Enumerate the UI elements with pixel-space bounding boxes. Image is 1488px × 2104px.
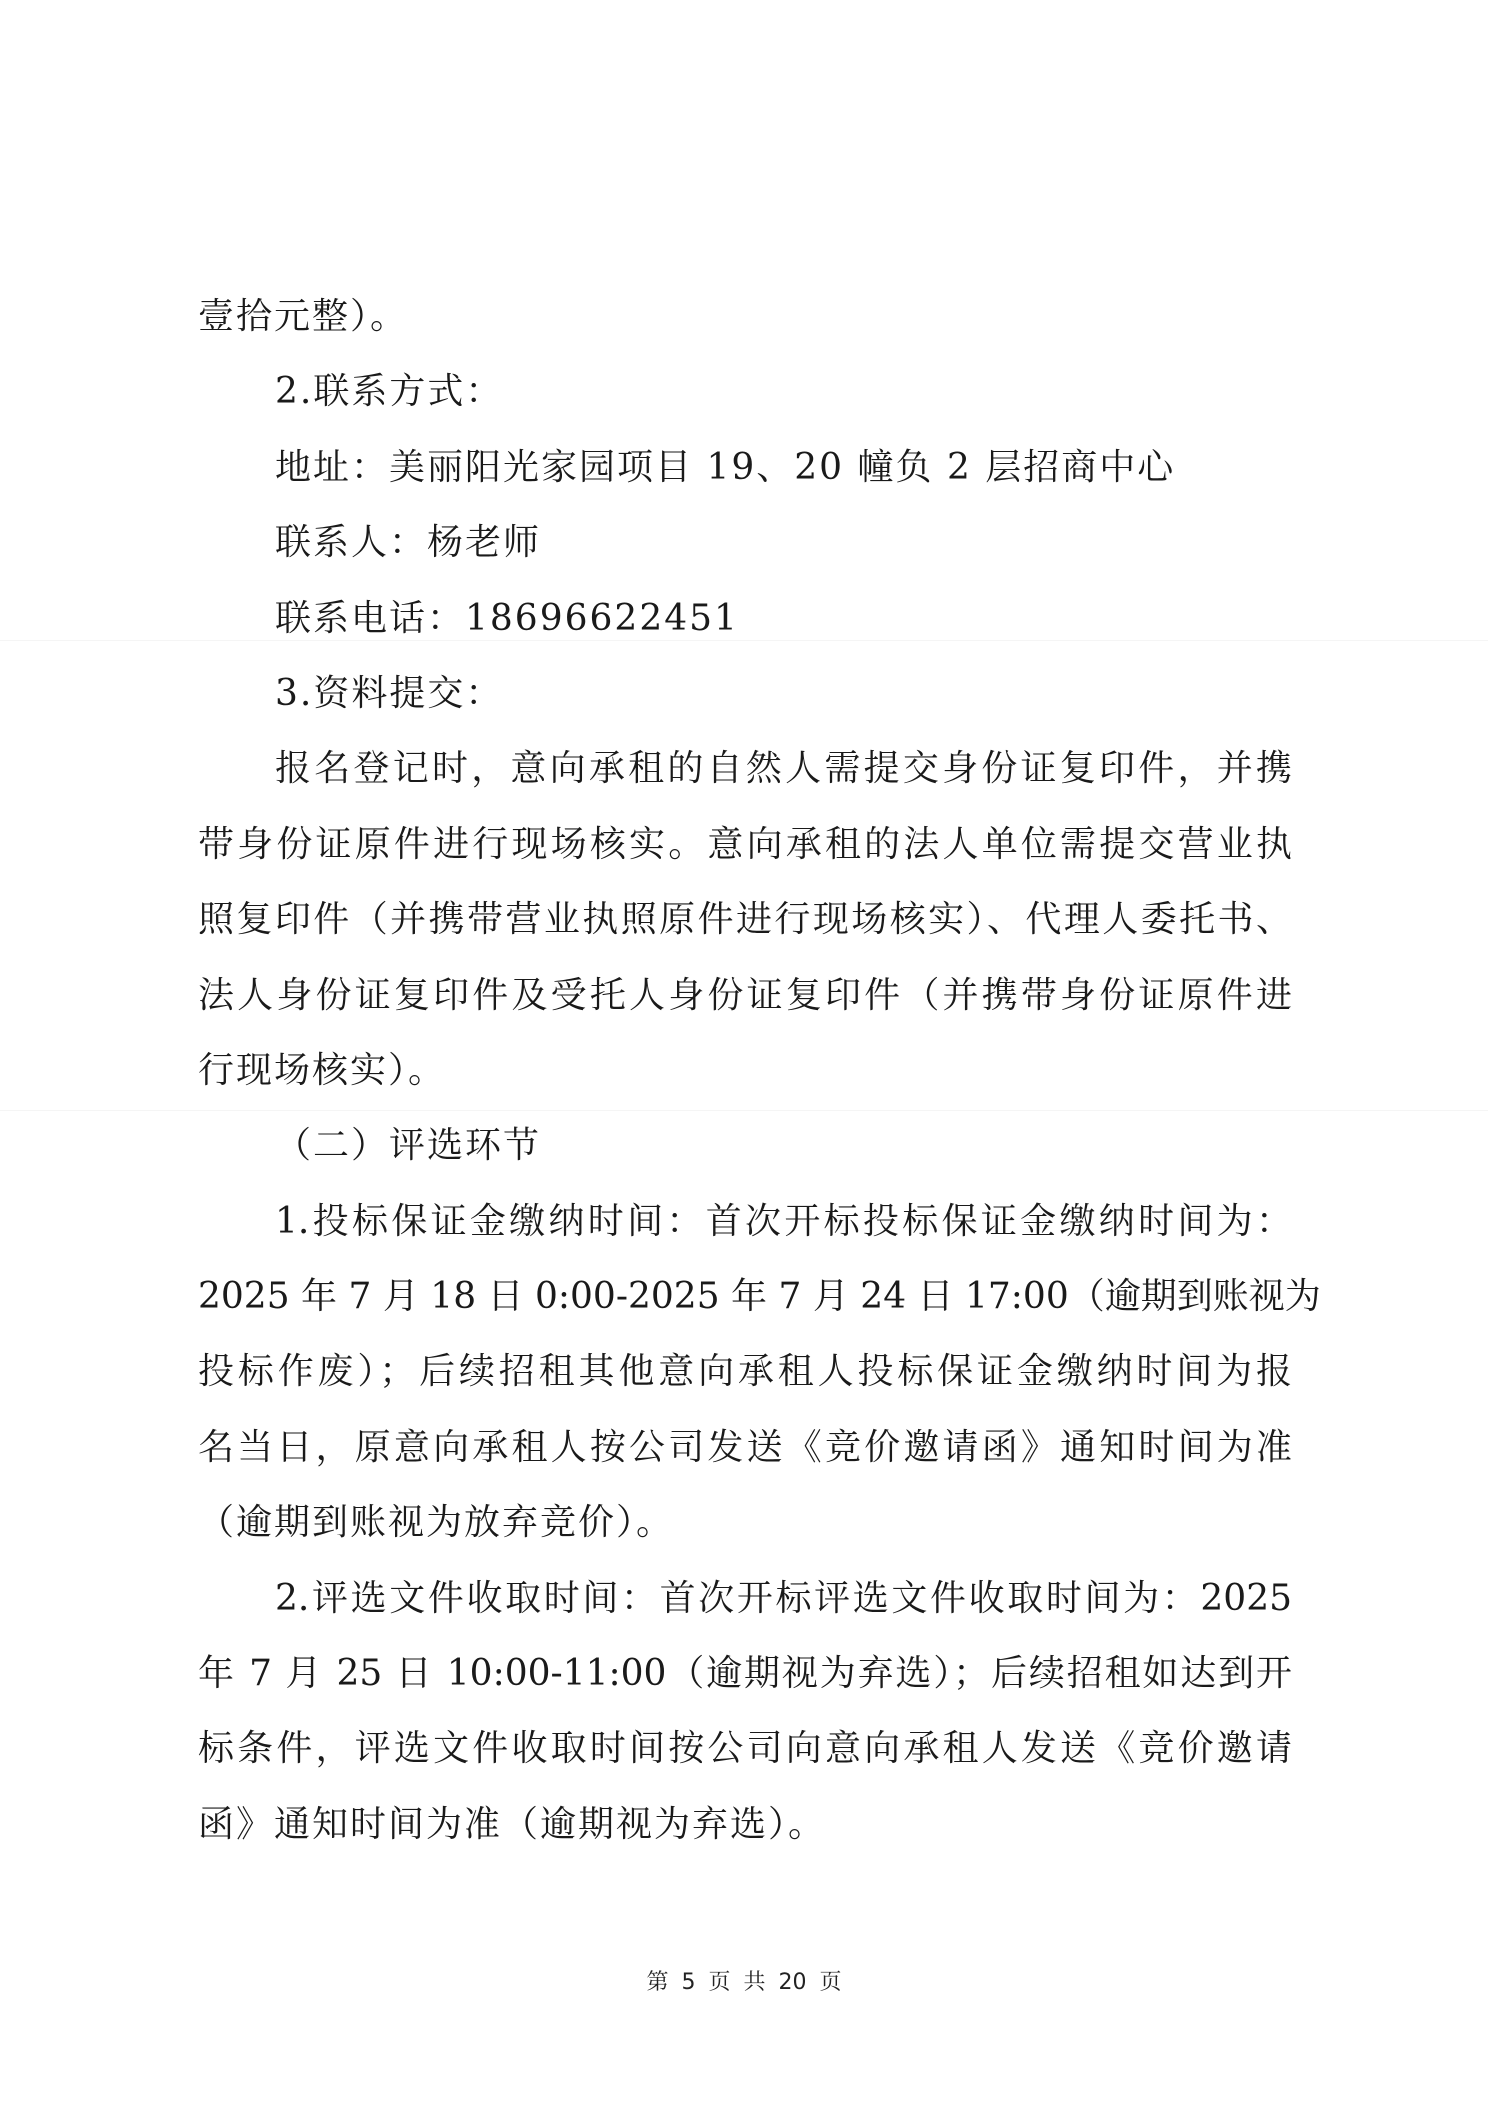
text-line: 名当日，原意向承租人按公司发送《竞价邀请函》通知时间为准 [198,1410,1292,1485]
text-line: 投标作废）；后续招租其他意向承租人投标保证金缴纳时间为报 [198,1334,1292,1409]
text-line: 带身份证原件进行现场核实。意向承租的法人单位需提交营业执 [198,807,1292,882]
section-heading-contact: 2.联系方式： [198,354,1292,429]
text-line: 年 7 月 25 日 10:00-11:00（逾期视为弃选）；后续招租如达到开 [198,1636,1292,1711]
text-line: 照复印件（并携带营业执照原件进行现场核实）、代理人委托书、 [198,882,1292,957]
text-line: 行现场核实）。 [198,1033,1292,1108]
section-heading-materials: 3.资料提交： [198,656,1292,731]
page-number-footer: 第 5 页 共 20 页 [0,1965,1488,1996]
text-line: 函》通知时间为准（逾期视为弃选）。 [198,1787,1292,1862]
text-line: 法人身份证复印件及受托人身份证复印件（并携带身份证原件进 [198,958,1292,1033]
text-line: 标条件，评选文件收取时间按公司向意向承租人发送《竞价邀请 [198,1711,1292,1786]
text-line: 1.投标保证金缴纳时间：首次开标投标保证金缴纳时间为： [198,1184,1292,1259]
text-line: 2025 年 7 月 18 日 0:00-2025 年 7 月 24 日 17:… [198,1259,1292,1334]
text-line: （逾期到账视为放弃竞价）。 [198,1485,1292,1560]
contact-person-line: 联系人：杨老师 [198,505,1292,580]
section-heading-evaluation: （二）评选环节 [198,1108,1292,1183]
document-page: 壹拾元整）。 2.联系方式： 地址：美丽阳光家园项目 19、20 幢负 2 层招… [0,0,1488,2104]
text-line: 2.评选文件收取时间：首次开标评选文件收取时间为：2025 [198,1561,1292,1636]
phone-line: 联系电话：18696622451 [198,581,1292,656]
body-text: 壹拾元整）。 2.联系方式： 地址：美丽阳光家园项目 19、20 幢负 2 层招… [198,279,1292,1862]
text-line: 报名登记时，意向承租的自然人需提交身份证复印件，并携 [198,731,1292,806]
address-line: 地址：美丽阳光家园项目 19、20 幢负 2 层招商中心 [198,430,1292,505]
text-line: 壹拾元整）。 [198,279,1292,354]
